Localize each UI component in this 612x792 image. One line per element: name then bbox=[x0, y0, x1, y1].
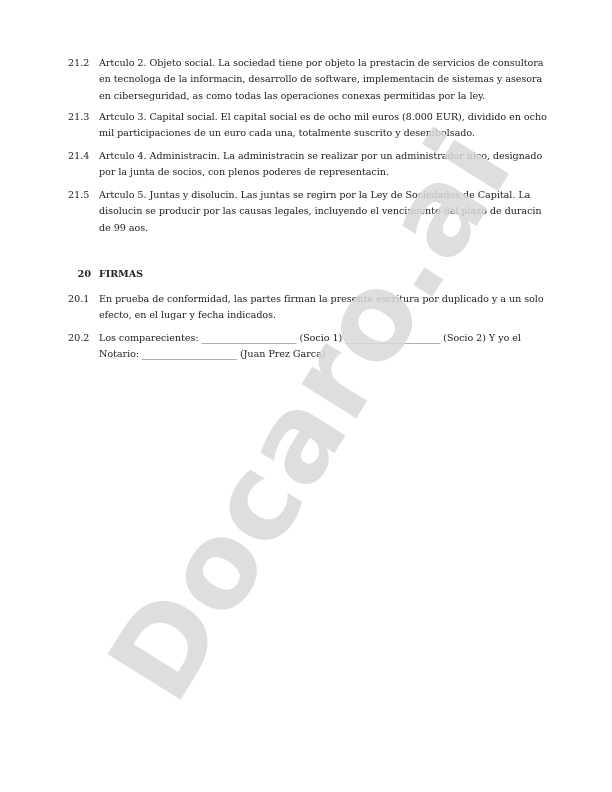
section-title: FIRMAS bbox=[99, 267, 548, 283]
clause-text: Los comparecientes: ____________________… bbox=[99, 331, 548, 364]
clause-number: 20.2 bbox=[68, 331, 99, 364]
clause-21-3: 21.3 Artculo 3. Capital social. El capit… bbox=[68, 110, 548, 143]
clause-text: Artculo 5. Juntas y disolucin. Las junta… bbox=[99, 188, 548, 237]
clause-21-5: 21.5 Artculo 5. Juntas y disolucin. Las … bbox=[68, 188, 548, 237]
section-number: 20 bbox=[68, 267, 99, 283]
clause-number: 21.4 bbox=[68, 149, 99, 182]
clause-20-1: 20.1 En prueba de conformidad, las parte… bbox=[68, 292, 548, 325]
section-heading-firmas: 20 FIRMAS bbox=[68, 267, 548, 283]
clause-number: 20.1 bbox=[68, 292, 99, 325]
clause-text: En prueba de conformidad, las partes fir… bbox=[99, 292, 548, 325]
clause-text: Artculo 2. Objeto social. La sociedad ti… bbox=[99, 56, 548, 105]
clause-21-4: 21.4 Artculo 4. Administracin. La admini… bbox=[68, 149, 548, 182]
clause-number: 21.2 bbox=[68, 56, 99, 105]
clause-number: 21.3 bbox=[68, 110, 99, 143]
clause-number: 21.5 bbox=[68, 188, 99, 237]
clause-text: Artculo 4. Administracin. La administrac… bbox=[99, 149, 548, 182]
document-page: 21.2 Artculo 2. Objeto social. La socied… bbox=[0, 0, 612, 792]
clause-20-2: 20.2 Los comparecientes: _______________… bbox=[68, 331, 548, 364]
clause-21-2: 21.2 Artculo 2. Objeto social. La socied… bbox=[68, 56, 548, 105]
clause-text: Artculo 3. Capital social. El capital so… bbox=[99, 110, 548, 143]
